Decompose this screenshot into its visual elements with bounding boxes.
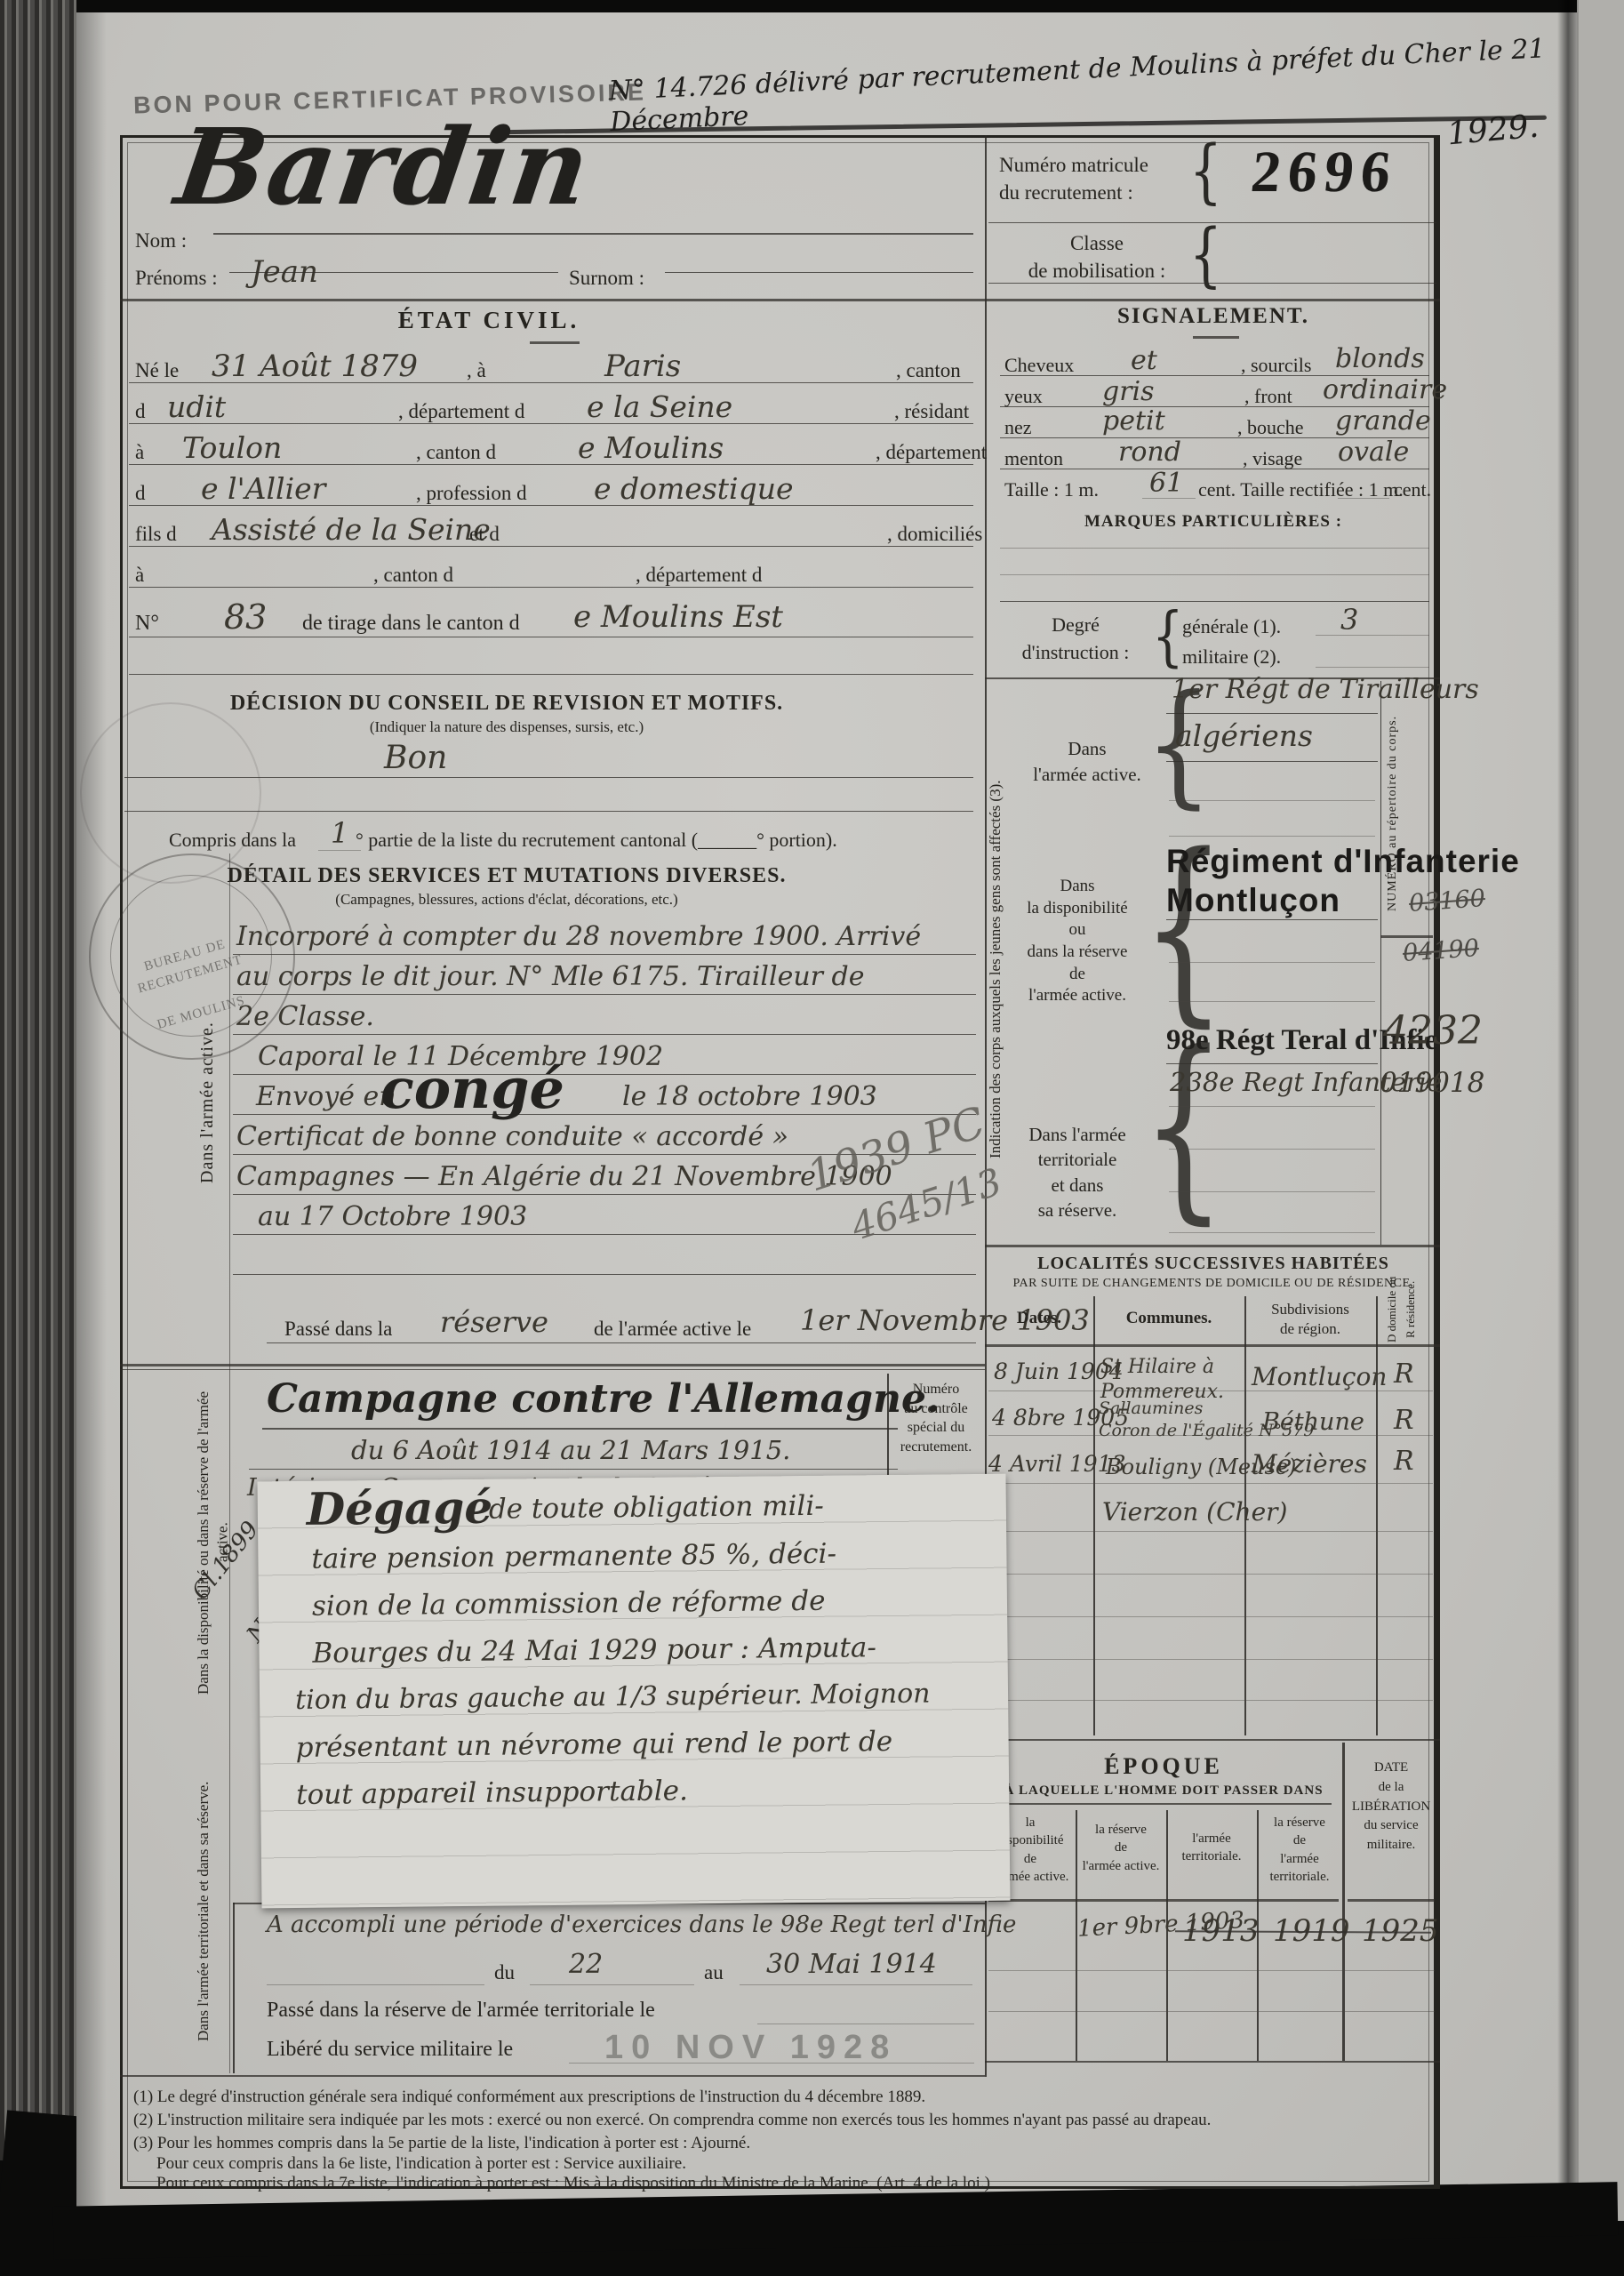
- campaign-title: Campagne contre l'Allemagne.: [267, 1376, 940, 1422]
- eyebrows-label: , sourcils: [1241, 354, 1311, 377]
- rule: [988, 1483, 1433, 1484]
- description-title: SIGNALEMENT.: [1102, 304, 1324, 329]
- footnote: (1) Le degré d'instruction générale sera…: [133, 2088, 1427, 2107]
- height-label: Taille : 1 m.: [1004, 478, 1099, 501]
- military-degree-label: militaire (2).: [1182, 645, 1281, 669]
- service-entry: le 18 octobre 1903: [622, 1081, 877, 1112]
- rule: [985, 1344, 1440, 1347]
- rule: [1166, 919, 1378, 920]
- rule: [988, 283, 1436, 284]
- born-at-label: , à: [467, 359, 486, 382]
- liberation-date-header: DATE de la LIBÉRATION du service militai…: [1344, 1759, 1438, 1855]
- subdivisions-column-header: Subdivisions de région.: [1244, 1300, 1376, 1339]
- rule: [665, 272, 973, 273]
- footnote: (2) L'instruction militaire sera indiqué…: [133, 2111, 1431, 2130]
- rule: [233, 1114, 976, 1115]
- slip-text: tion du bras gauche au 1/3 supérieur. Mo…: [295, 1679, 931, 1716]
- rule: [1169, 800, 1375, 801]
- domicile-departement-label: , département d: [636, 564, 762, 587]
- faded-stamp: [80, 702, 261, 884]
- nickname-label: Surnom :: [569, 267, 644, 290]
- from-value: 22: [569, 1949, 603, 1980]
- compris-rest-label: ° partie de la liste du recrutement cant…: [356, 829, 837, 852]
- father-value: Assisté de la Seine: [212, 512, 491, 547]
- tirage-canton-value: e Moulins Est: [573, 599, 783, 635]
- active-regiment-value: 1er Régt de Tirailleurs: [1172, 674, 1479, 705]
- military-release-label: Libéré du service militaire le: [267, 2038, 513, 2062]
- rule: [985, 299, 1440, 301]
- domiciled-label: , domiciliés: [887, 523, 982, 546]
- rule: [757, 2024, 974, 2024]
- crossed-number: 04190: [1402, 934, 1480, 967]
- rule: [1166, 713, 1378, 714]
- mouth-value: grande: [1335, 405, 1431, 437]
- territorial-regiment-number: 4232: [1383, 1008, 1483, 1054]
- rule: [988, 1616, 1433, 1617]
- special-control-label: Numéro au contrôle spécial du recrutemen…: [891, 1380, 981, 1456]
- rule: [1169, 1001, 1375, 1002]
- domicile-at-label: à: [135, 564, 144, 587]
- rule: [120, 2075, 985, 2077]
- rule: [262, 1428, 898, 1430]
- campaign-dates: du 6 Août 1914 au 21 Mars 1915.: [351, 1435, 790, 1465]
- tirage-number-value: 83: [224, 597, 267, 637]
- active-regiment-value2: algériens: [1175, 718, 1313, 753]
- hair-label: Cheveux: [1004, 354, 1074, 377]
- rule: [988, 1390, 1433, 1391]
- instruction-degree-label: Degré d'instruction :: [1004, 612, 1147, 667]
- to-value: 30 Mai 1914: [766, 1949, 937, 1980]
- from-label: du: [494, 1961, 515, 1984]
- council-decision-title: DÉCISION DU CONSEIL DE REVISION ET MOTIF…: [213, 692, 800, 716]
- canton-label: , canton: [896, 359, 961, 382]
- canton-value: udit: [167, 389, 226, 424]
- rule: [129, 587, 973, 588]
- locality-subdivision: Mézières: [1252, 1449, 1367, 1479]
- crossed-number: 03160: [1408, 885, 1486, 918]
- domicile-residence-column-header: D domicile ou R résidence.: [1383, 1252, 1426, 1367]
- rule: [233, 1034, 976, 1035]
- rule: [994, 1803, 1332, 1805]
- slip-text: présentant un névrome qui rend le port d…: [295, 1726, 892, 1764]
- domicile-canton-label: , canton d: [373, 564, 453, 587]
- surname-label: Nom :: [135, 229, 187, 252]
- canton-d-label: d: [135, 400, 146, 423]
- eyes-label: yeux: [1004, 385, 1043, 408]
- profession-label: , profession d: [416, 482, 527, 505]
- birth-place-value: Paris: [604, 349, 681, 384]
- civil-status-title: ÉTAT CIVIL.: [267, 307, 711, 334]
- rule: [233, 1903, 235, 2073]
- rule: [233, 1194, 976, 1195]
- forehead-value: ordinaire: [1323, 374, 1447, 405]
- chin-label: menton: [1004, 447, 1063, 470]
- firstname-label: Prénoms :: [135, 267, 218, 290]
- rule: [233, 954, 976, 955]
- rule: [1142, 498, 1196, 499]
- service-entry: Campagnes — En Algérie du 21 Novembre 19…: [236, 1161, 892, 1192]
- rule: [988, 1899, 1339, 1902]
- compris-part-value: 1: [331, 816, 348, 850]
- footnote: Pour ceux compris dans la 7e liste, l'in…: [156, 2174, 1428, 2193]
- nose-value: petit: [1102, 405, 1165, 437]
- rule: [233, 1274, 976, 1275]
- and-of-label: et d: [469, 523, 500, 546]
- residant-label: , résidant: [894, 400, 969, 423]
- services-title: DÉTAIL DES SERVICES ET MUTATIONS DIVERSE…: [204, 864, 809, 888]
- eyebrows-value: blonds: [1335, 343, 1425, 374]
- nose-label: nez: [1004, 416, 1032, 439]
- rule: [120, 299, 985, 301]
- locality-commune: Vierzon (Cher): [1102, 1497, 1287, 1527]
- mobilization-class-label: Classe de mobilisation :: [999, 229, 1195, 284]
- dates-column-header: Dates.: [985, 1309, 1093, 1328]
- rule: [129, 674, 973, 675]
- rule: [1316, 635, 1429, 636]
- rule: [1169, 1106, 1375, 1107]
- service-entry: au corps le dit jour. N° Mle 6175. Tirai…: [236, 961, 865, 992]
- special-marks-label: MARQUES PARTICULIÈRES :: [1040, 512, 1387, 532]
- infantry-238-number: 019018: [1380, 1067, 1484, 1099]
- departement-label: , département d: [398, 400, 524, 423]
- service-entry: au 17 Octobre 1903: [258, 1201, 527, 1232]
- general-degree-label: générale (1).: [1182, 615, 1281, 638]
- rule: [120, 1369, 985, 1370]
- rule: [1316, 667, 1429, 668]
- residence-canton-label: , canton d: [416, 441, 496, 464]
- rule: [985, 1245, 1440, 1247]
- montlucon-stamp: Montluçon: [1166, 882, 1340, 919]
- disponibilite-side-label: Dans la disponibilité ou dans la réserve…: [194, 1382, 233, 1703]
- rule: [1348, 1899, 1435, 1902]
- territoriale-label: Dans l'armée territoriale et dans sa rés…: [1003, 1122, 1152, 1222]
- rule: [267, 1984, 484, 1985]
- epoque-col-header: la réserve de l'armée active.: [1076, 1821, 1166, 1875]
- matricule-label: Numéro matricule du recrutement :: [999, 151, 1148, 206]
- rule: [1169, 1232, 1375, 1233]
- tirage-number-label: N°: [135, 612, 159, 636]
- residence-departement-label: , département: [876, 441, 987, 464]
- tirage-canton-label: de tirage dans le canton d: [302, 612, 520, 636]
- rule: [988, 1700, 1433, 1701]
- slip-text: sion de la commission de réforme de: [312, 1585, 826, 1623]
- rule: [1166, 761, 1378, 762]
- brace: {: [1152, 599, 1184, 675]
- residence-value: Toulon: [182, 430, 282, 465]
- epoque-subtitle: À LAQUELLE L'HOMME DOIT PASSER DANS: [985, 1783, 1342, 1799]
- rule: [1169, 1149, 1375, 1150]
- rule: [988, 1574, 1433, 1575]
- general-degree-value: 3: [1340, 603, 1358, 637]
- slip-text: taire pension permanente 85 %, déci-: [311, 1538, 836, 1575]
- locality-subdivision: Béthune: [1262, 1408, 1364, 1436]
- surname-value: Bardin: [169, 105, 598, 228]
- dept-d-label: d: [135, 482, 146, 505]
- rule: [120, 1364, 985, 1366]
- council-decision-subtitle: (Indiquer la nature des dispenses, sursi…: [213, 718, 800, 736]
- rule: [267, 1342, 976, 1343]
- rule: [1000, 601, 1429, 602]
- departement-value: e la Seine: [587, 389, 732, 424]
- rule: [740, 1984, 972, 1985]
- face-label: , visage: [1243, 447, 1302, 470]
- page-left-shadow: [76, 12, 107, 2223]
- reserve-transfer-label: Passé dans la: [284, 1318, 392, 1341]
- rule: [530, 341, 580, 344]
- locality-dr: R: [1394, 1405, 1414, 1436]
- service-entry: Envoyé en: [256, 1081, 396, 1112]
- rule: [233, 994, 976, 995]
- service-entry-overwrite: congé: [380, 1056, 564, 1121]
- corps-numbers-divider: [1380, 681, 1381, 1245]
- rule: [988, 1659, 1433, 1660]
- reform-slip: Dégagé de toute obligation mili- taire p…: [258, 1474, 1011, 1909]
- services-subtitle: (Campagnes, blessures, actions d'éclat, …: [204, 891, 809, 909]
- exercise-period-note: A accompli une période d'exercices dans …: [267, 1911, 1016, 1938]
- epoque-title: ÉPOQUE: [985, 1753, 1342, 1780]
- slip-text: Dégagé: [307, 1481, 493, 1535]
- territoriale-side-label: Dans l'armée territoriale et dans sa rés…: [194, 1765, 233, 2058]
- eyes-value: gris: [1102, 376, 1155, 407]
- to-label: au: [704, 1961, 724, 1984]
- rule: [988, 1435, 1433, 1436]
- rule: [213, 233, 973, 235]
- face-value: ovale: [1338, 437, 1409, 468]
- dept-value: e l'Allier: [201, 471, 325, 506]
- territorial-reserve-label: Passé dans la réserve de l'armée territo…: [267, 1999, 655, 2023]
- slip-text: de toute obligation mili-: [489, 1490, 824, 1526]
- rule: [1338, 498, 1389, 499]
- epoque-col-header: l'armée territoriale.: [1166, 1830, 1257, 1866]
- rule: [1000, 574, 1429, 575]
- active-army-label: Dans l'armée active.: [1020, 736, 1154, 789]
- cent-label: cent.: [1394, 478, 1431, 501]
- disponibilite-label: Dans la disponibilité ou dans la réserve…: [1003, 876, 1152, 1007]
- rule: [1169, 962, 1375, 963]
- rule: [318, 850, 361, 851]
- council-decision-value: Bon: [384, 740, 447, 776]
- rule: [249, 1469, 898, 1470]
- rule: [1000, 469, 1429, 469]
- service-entry: Incorporé à compter du 28 novembre 1900.…: [236, 921, 921, 952]
- son-of-label: fils d: [135, 523, 177, 546]
- rule: [988, 1531, 1433, 1532]
- rule: [129, 637, 973, 637]
- rule: [1193, 336, 1239, 339]
- communes-column-header: Communes.: [1093, 1309, 1244, 1328]
- matricule-value: 2696: [1248, 139, 1401, 206]
- born-label: Né le: [135, 359, 179, 382]
- profession-value: e domestique: [594, 471, 794, 506]
- rule: [1000, 548, 1429, 549]
- hair-value: et: [1131, 345, 1157, 376]
- locality-subdivision: Montluçon: [1252, 1362, 1387, 1391]
- rule: [233, 1074, 976, 1075]
- locality-dr: R: [1394, 1446, 1414, 1477]
- chin-value: rond: [1118, 437, 1181, 468]
- rule: [988, 1970, 1435, 1971]
- rule: [988, 2011, 1435, 2012]
- infantry-regiment-stamp: Régiment d'Infanterie: [1166, 843, 1520, 880]
- localites-title: LOCALITÉS SUCCESSIVES HABITÉES: [991, 1254, 1436, 1274]
- reserve-transfer-label2: de l'armée active le: [594, 1318, 751, 1341]
- stamp-line: BUREAU DE RECRUTEMENT: [136, 937, 244, 997]
- book-edge: [0, 0, 76, 2160]
- resident-at-label: à: [135, 441, 144, 464]
- footnote: (3) Pour les hommes compris dans la 5e p…: [133, 2134, 1427, 2153]
- footnote: Pour ceux compris dans la 6e liste, l'in…: [156, 2154, 1428, 2174]
- rule: [129, 423, 973, 424]
- page-crease: [1557, 0, 1579, 2232]
- slip-text: tout appareil insupportable.: [296, 1775, 688, 1811]
- military-register-photo: BON POUR CERTIFICAT PROVISOIRE N° 14.726…: [0, 0, 1624, 2276]
- rule: [985, 2061, 1440, 2063]
- rule: [1169, 1191, 1375, 1192]
- height-value: 61: [1149, 468, 1183, 499]
- reserve-transfer-value: réserve: [440, 1305, 548, 1339]
- epoque-col-header: la réserve de l'armée territoriale.: [1257, 1814, 1342, 1886]
- release-date-stamp: 10 NOV 1928: [604, 2029, 897, 2067]
- rule: [1166, 1063, 1378, 1064]
- rule: [985, 1739, 1440, 1741]
- localites-subtitle: PAR SUITE DE CHANGEMENTS DE DOMICILE OU …: [991, 1277, 1436, 1291]
- residence-canton-value: e Moulins: [578, 430, 724, 465]
- birth-date-value: 31 Août 1879: [212, 349, 418, 384]
- locality-dr: R: [1394, 1358, 1414, 1390]
- service-entry: Certificat de bonne conduite « accordé »: [236, 1121, 788, 1152]
- locality-commune: St Hilaire à Pommereux.: [1100, 1355, 1224, 1404]
- rule: [530, 1984, 694, 1985]
- mouth-label: , bouche: [1237, 416, 1304, 439]
- next-page-sliver: [1577, 0, 1624, 2232]
- forehead-label: , front: [1244, 385, 1292, 408]
- rule: [229, 272, 558, 273]
- brace: {: [1189, 130, 1222, 212]
- slip-text: Bourges du 24 Mai 1929 pour : Amputa-: [312, 1631, 876, 1670]
